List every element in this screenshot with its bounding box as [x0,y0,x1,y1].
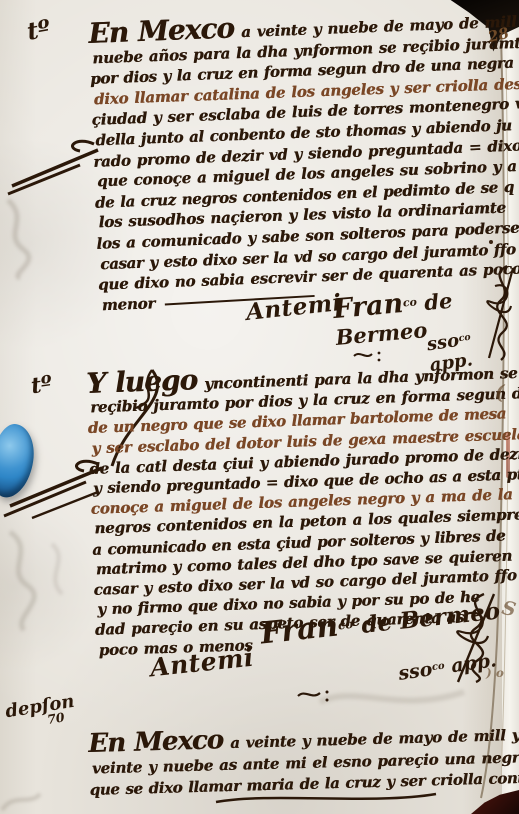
margin-witness-mark-1: tº [25,13,53,46]
signature-rubric-1 [477,262,517,362]
signature-tail-2 [296,686,332,706]
underline-flourish [212,790,440,806]
manuscript-page: tº tº depſon 70 28 En Mexcoa veinte y nu… [0,0,519,814]
facing-page-ink: ( [495,380,504,404]
entry-line: menor [101,294,155,314]
facing-page-ink: ) o [486,666,504,680]
margin-witness-mark-2: tº [29,371,54,400]
opening-word: En Mexco [88,725,224,759]
entry-1: En Mexcoa veinte y nuebe de mayo de mill… [88,8,519,316]
